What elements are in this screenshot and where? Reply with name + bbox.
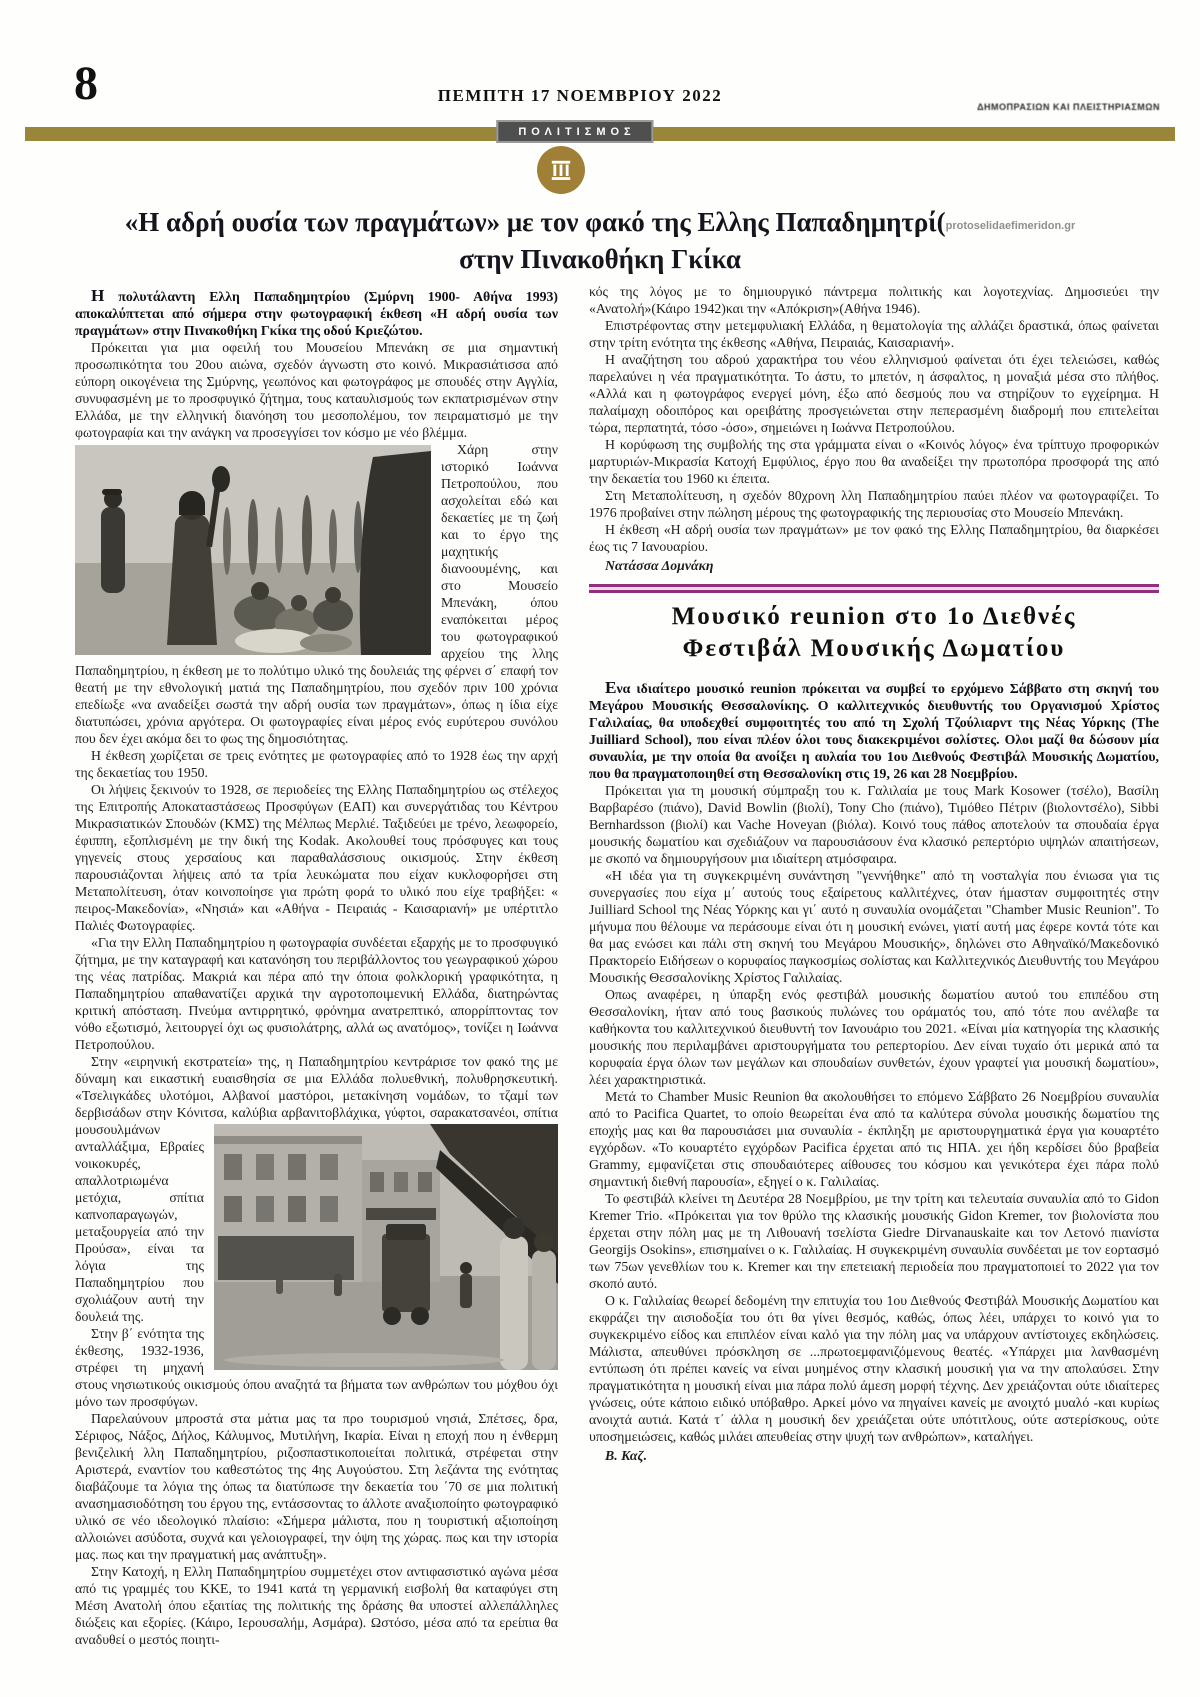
- doric-column-glyph: [548, 157, 574, 183]
- article1-p14: Η κορύφωση της συμβολής της στα γράμματα…: [589, 436, 1159, 487]
- article1-lead: Η πολυτάλαντη Ελλη Παπαδημητρίου (Σμύρνη…: [75, 287, 558, 339]
- section-label: ΠΟΛΙΤΙΣΜΟΣ: [496, 120, 653, 143]
- article2-p2: Πρόκειται για τη μουσική σύμπραξη του κ.…: [589, 782, 1159, 867]
- article1-p11: κός της λόγος με το δημιουργικό πάντρεμα…: [589, 283, 1159, 317]
- article1-headline-line1: «Η αδρή ουσία των πραγμάτων» με τον φακό…: [125, 207, 946, 237]
- article1-p9: Παρελαύνουν μπροστά στα μάτια μας τα προ…: [75, 1410, 558, 1563]
- article1-p13: Η αναζήτηση του αδρού χαρακτήρα του νέου…: [589, 351, 1159, 436]
- watermark-text: protoselidaefimeridon.gr: [946, 220, 1076, 232]
- article2-byline: Β. Καζ.: [589, 1447, 1159, 1464]
- article2-p6: Το φεστιβάλ κλείνει τη Δευτέρα 28 Νοεμβρ…: [589, 1190, 1159, 1292]
- newspaper-page: 8 ΠΕΜΠΤΗ 17 ΝΟΕΜΒΡΙΟΥ 2022 ΔΗΜΟΠΡΑΣΙΩΝ Κ…: [0, 0, 1200, 1697]
- article1-p2: Πρόκειται για μια οφειλή του Μουσείου Μπ…: [75, 339, 558, 441]
- article2-headline-line1: Μουσικό reunion στο 1ο Διεθνές: [672, 603, 1077, 630]
- article1-headline-line2: στην Πινακοθήκη Γκίκα: [459, 244, 741, 274]
- article1-headline: «Η αδρή ουσία των πραγμάτων» με τον φακό…: [80, 206, 1120, 276]
- article1-p4: Η έκθεση χωρίζεται σε τρεις ενότητες με …: [75, 747, 558, 781]
- article1-p3: Χάρη στην ιστορικό Ιωάννα Πετροπούλου, π…: [75, 441, 558, 747]
- article2-p4: Οπως αναφέρει, η ύπαρξη ενός φεστιβάλ μο…: [589, 986, 1159, 1088]
- article1-p15: Στη Μεταπολίτευση, η σχεδόν 80χρονη λλη …: [589, 487, 1159, 521]
- article1-left-column: Η πολυτάλαντη Ελλη Παπαδημητρίου (Σμύρνη…: [75, 287, 558, 1648]
- article1-p6: «Για την Ελλη Παπαδημητρίου η φωτογραφία…: [75, 934, 558, 1053]
- article1-p12: Επιστρέφοντας στην μετεμφυλιακή Ελλάδα, …: [589, 317, 1159, 351]
- article2-lead: Ενα ιδιαίτερο μουσικό reunion πρόκειται …: [589, 679, 1159, 782]
- article1-p10: Στην Κατοχή, η Ελλη Παπαδημητρίου συμμετ…: [75, 1563, 558, 1648]
- article1-p16: Η έκθεση «Η αδρή ουσία των πραγμάτων» με…: [589, 521, 1159, 555]
- article2-p3: «Η ιδέα για τη συγκεκριμένη συνάντηση "γ…: [589, 867, 1159, 986]
- article2-p5: Μετά το Chamber Music Reunion θα ακολουθ…: [589, 1088, 1159, 1190]
- article1-p7: Στην «ειρηνική εκστρατεία» της, η Παπαδη…: [75, 1053, 558, 1325]
- right-column: κός της λόγος με το δημιουργικό πάντρεμα…: [589, 283, 1159, 1464]
- article2-headline-line2: Φεστιβάλ Μουσικής Δωματίου: [683, 635, 1066, 662]
- article2-headline: Μουσικό reunion στο 1ο Διεθνές Φεστιβάλ …: [589, 601, 1159, 665]
- article1-p5: Οι λήψεις ξεκινούν το 1928, σε περιοδείε…: [75, 781, 558, 934]
- masthead-logo: ΔΗΜΟΠΡΑΣΙΩΝ ΚΑΙ ΠΛΕΙΣΤΗΡΙΑΣΜΩΝ: [977, 102, 1160, 112]
- column-logo-icon: [537, 146, 585, 194]
- article2-p7: Ο κ. Γαλιλαίας θεωρεί δεδομένη την επιτυ…: [589, 1292, 1159, 1445]
- street-scene-illustration: [214, 1124, 558, 1370]
- photo-street-scene: [214, 1124, 558, 1370]
- article1-byline: Νατάσσα Δομνάκη: [589, 557, 1159, 574]
- refugee-camp-illustration: [75, 445, 431, 655]
- pink-divider: [589, 584, 1159, 593]
- photo-refugee-camp: [75, 445, 431, 655]
